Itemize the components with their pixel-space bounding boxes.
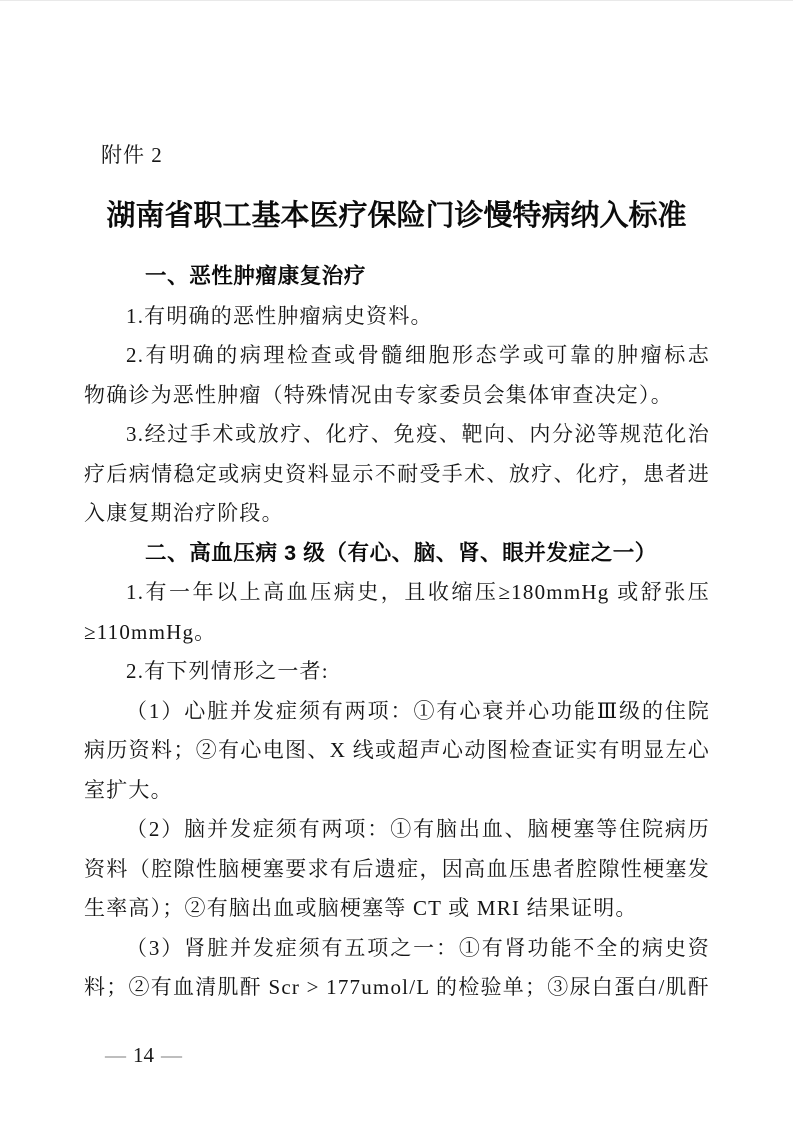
text-line: （3）肾脏并发症须有五项之一：①有肾功能不全的病史资 xyxy=(84,929,710,969)
document-body: 一、恶性肿瘤康复治疗1.有明确的恶性肿瘤病史资料。2.有明确的病理检查或骨髓细胞… xyxy=(84,257,710,1008)
text-line: 1.有明确的恶性肿瘤病史资料。 xyxy=(84,297,710,337)
text-line: 2.有下列情形之一者: xyxy=(84,652,710,692)
text-line: 3.经过手术或放疗、化疗、免疫、靶向、内分泌等规范化治 xyxy=(84,415,710,455)
footer-left-dash: — xyxy=(105,1043,126,1067)
text-line: 生率高）；②有脑出血或脑梗塞等 CT 或 MRI 结果证明。 xyxy=(84,889,710,929)
document-title: 湖南省职工基本医疗保险门诊慢特病纳入标准 xyxy=(0,193,793,234)
text-line: 疗后病情稳定或病史资料显示不耐受手术、放疗、化疗，患者进 xyxy=(84,455,710,495)
document-page: 附件 2 湖南省职工基本医疗保险门诊慢特病纳入标准 一、恶性肿瘤康复治疗1.有明… xyxy=(0,0,793,1122)
section-heading: 一、恶性肿瘤康复治疗 xyxy=(84,257,710,297)
text-line: 2.有明确的病理检查或骨髓细胞形态学或可靠的肿瘤标志 xyxy=(84,336,710,376)
page-number: 14 xyxy=(133,1043,154,1067)
section-heading: 二、高血压病 3 级（有心、脑、肾、眼并发症之一） xyxy=(84,534,710,574)
text-line: ≥110mmHg。 xyxy=(84,613,710,653)
text-line: （2）脑并发症须有两项：①有脑出血、脑梗塞等住院病历 xyxy=(84,810,710,850)
text-line: 1.有一年以上高血压病史，且收缩压≥180mmHg 或舒张压 xyxy=(84,573,710,613)
text-line: 病历资料；②有心电图、X 线或超声心动图检查证实有明显左心 xyxy=(84,731,710,771)
footer-right-dash: — xyxy=(161,1043,182,1067)
page-footer: —14— xyxy=(105,1043,182,1067)
text-line: 料；②有血清肌酐 Scr > 177umol/L 的检验单；③尿白蛋白/肌酐 xyxy=(84,968,710,1008)
text-line: （1）心脏并发症须有两项：①有心衰并心功能Ⅲ级的住院 xyxy=(84,692,710,732)
text-line: 室扩大。 xyxy=(84,771,710,811)
text-line: 入康复期治疗阶段。 xyxy=(84,494,710,534)
attachment-label: 附件 2 xyxy=(101,142,163,168)
text-line: 物确诊为恶性肿瘤（特殊情况由专家委员会集体审查决定）。 xyxy=(84,376,710,416)
text-line: 资料（腔隙性脑梗塞要求有后遗症，因高血压患者腔隙性梗塞发 xyxy=(84,850,710,890)
